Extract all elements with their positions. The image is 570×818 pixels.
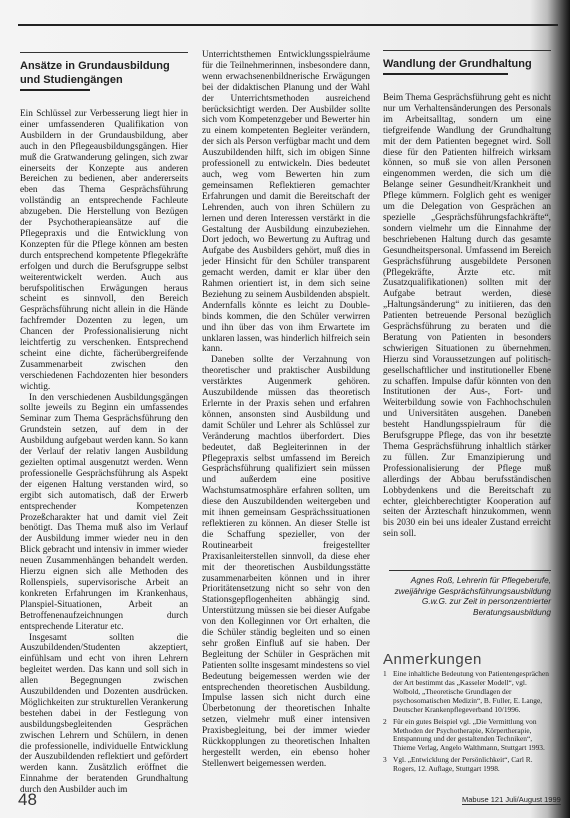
notes-heading: Anmerkungen bbox=[383, 655, 551, 666]
footnote-number: 1 bbox=[383, 670, 393, 715]
footnotes-list: 1Eine inhaltliche Bedeutung von Patiente… bbox=[383, 670, 551, 774]
footnote-number: 2 bbox=[383, 718, 393, 754]
paragraph: Beim Thema Gesprächsführung geht es nich… bbox=[383, 93, 551, 540]
section-heading: Ansätze in Grundausbildung und Studiengä… bbox=[20, 52, 188, 91]
section-heading: Wandlung der Grundhaltung bbox=[383, 50, 551, 75]
page-number: 48 bbox=[18, 790, 37, 810]
footnote: 1Eine inhaltliche Bedeutung von Patiente… bbox=[383, 670, 551, 715]
footnote: 2Für ein gutes Beispiel vgl. „Die Vermit… bbox=[383, 718, 551, 754]
magazine-page: Ansätze in Grundausbildung und Studiengä… bbox=[0, 0, 570, 818]
footnote-text: Eine inhaltliche Bedeutung von Patienten… bbox=[393, 670, 551, 715]
right-column: Wandlung der Grundhaltung Beim Thema Ges… bbox=[383, 50, 551, 777]
paragraph: In den verschiedenen Ausbildungsgängen s… bbox=[20, 393, 188, 633]
top-rule bbox=[18, 24, 558, 26]
section-heading-text: Wandlung der Grundhaltung bbox=[383, 58, 532, 70]
paragraph: Unterrichtsthemen Entwicklungsspielräume… bbox=[202, 50, 370, 355]
heading-underline bbox=[383, 73, 508, 75]
footnote-text: Für ein gutes Beispiel vgl. „Die Vermitt… bbox=[393, 718, 551, 754]
left-column: Ansätze in Grundausbildung und Studiengä… bbox=[20, 52, 188, 796]
paragraph: Ein Schlüssel zur Verbesserung liegt hie… bbox=[20, 109, 188, 393]
footnote-number: 3 bbox=[383, 756, 393, 774]
section-heading-text: Ansätze in Grundausbildung und Studiengä… bbox=[20, 60, 170, 86]
paragraph: Daneben sollte der Verzahnung von theore… bbox=[202, 355, 370, 769]
middle-column: Unterrichtsthemen Entwicklungsspielräume… bbox=[202, 50, 370, 770]
paragraph: Insgesamt sollten die Auszubildenden/Stu… bbox=[20, 633, 188, 797]
author-note: Agnes Roß, Lehrerin für Pflegeberufe, zw… bbox=[389, 570, 551, 617]
heading-underline bbox=[20, 89, 90, 91]
footnote-text: Vgl. „Entwicklung der Persönlichkeit“, C… bbox=[393, 756, 551, 774]
footnote: 3Vgl. „Entwicklung der Persönlichkeit“, … bbox=[383, 756, 551, 774]
issue-footer: Mabuse 121 Juli/August 1999 bbox=[462, 795, 561, 805]
